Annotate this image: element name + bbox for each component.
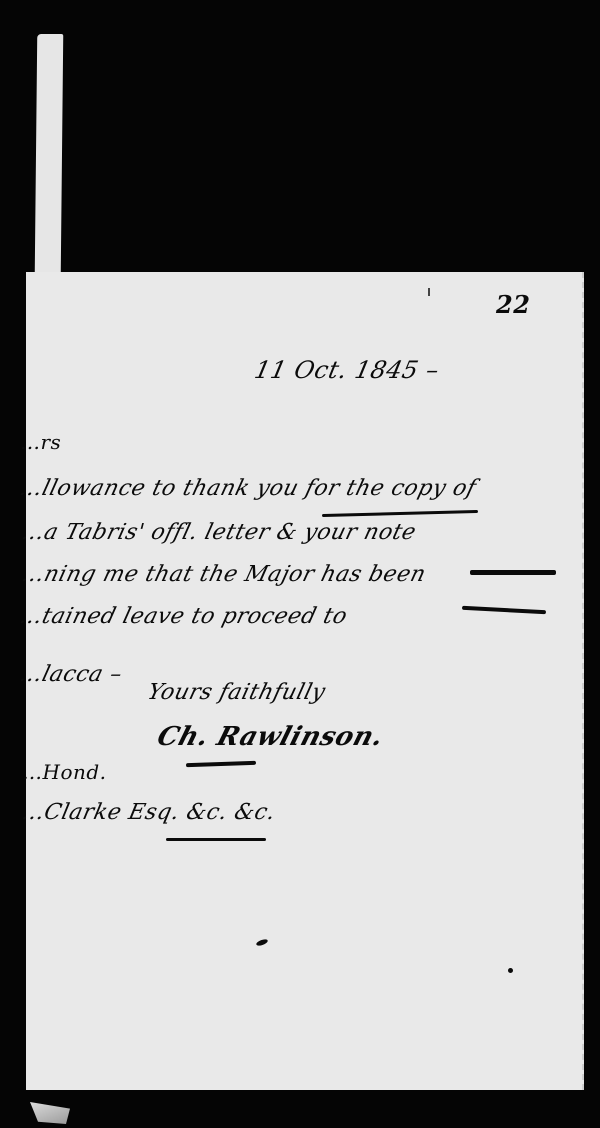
letter-date: 11 Oct. 1845 – [252,356,442,384]
body-line: …ning me that the Major has been [19,562,429,587]
body-line: …llowance to thank you for the copy of [17,476,479,501]
page-number: 22 [496,290,530,319]
paper-tab-strip [35,34,64,274]
address-underline [166,838,266,841]
paper-corner-curl [30,1102,70,1124]
addressee-line: …Hond. [22,760,107,784]
salutation: …rs [20,430,61,454]
addressee-line: …Clarke Esq. &c. &c. [19,800,277,825]
pen-stroke [470,570,556,575]
scan-margin [0,272,26,1128]
body-line: …tained leave to proceed to [17,604,350,629]
signature: Ch. Rawlinson. [154,722,387,752]
closing: Yours faithfully [145,680,328,705]
body-line: …a Tabris' offl. letter & your note [19,520,419,545]
ink-mark [428,288,430,296]
ink-dot [508,968,513,973]
body-line: …lacca – [17,662,125,687]
